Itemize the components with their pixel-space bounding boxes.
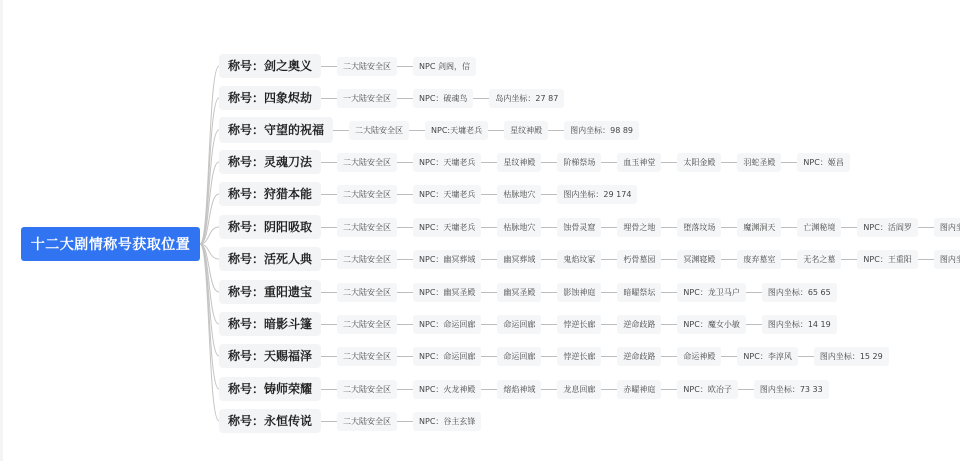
step-node[interactable]: 悖逆长廊: [557, 315, 601, 334]
connector-line: [721, 162, 737, 163]
step-node[interactable]: 二大陆安全区: [337, 380, 397, 399]
connector-line: [661, 389, 677, 390]
connector-line: [721, 227, 737, 228]
step-node[interactable]: 图内坐标：98 89: [564, 121, 639, 140]
step-node[interactable]: 埋骨之地: [617, 218, 661, 237]
connector-line: [321, 389, 337, 390]
step-node[interactable]: 二大陆安全区: [349, 121, 409, 140]
step-node[interactable]: 图内坐标：65 65: [762, 283, 837, 302]
step-node[interactable]: 二大陆安全区: [337, 185, 397, 204]
step-node[interactable]: NPC:天墉老兵: [425, 121, 488, 140]
step-node[interactable]: 赤曜神庭: [617, 380, 661, 399]
step-node[interactable]: 图内坐标：15 29: [814, 347, 889, 366]
title-node[interactable]: 称号：重阳遗宝: [219, 280, 321, 304]
connector-line: [601, 259, 617, 260]
connector-line: [473, 98, 489, 99]
connector-line: [661, 162, 677, 163]
step-node[interactable]: 二大陆安全区: [337, 412, 397, 431]
step-node[interactable]: 二大陆安全区: [337, 250, 397, 269]
connector-line: [397, 389, 413, 390]
connector-line: [781, 227, 797, 228]
connector-line: [321, 98, 337, 99]
connector-line: [541, 227, 557, 228]
step-node[interactable]: 图内坐标：31 39: [934, 250, 960, 269]
branch-row: 称号：四象烬劫一大陆安全区NPC：破魂鸟岛内坐标：27 87: [219, 86, 564, 110]
step-node[interactable]: 岛内坐标：27 87: [489, 89, 564, 108]
step-node[interactable]: 二大陆安全区: [337, 153, 397, 172]
connector-line: [481, 227, 497, 228]
branch-row: 称号：天赐福泽二大陆安全区NPC：命运回廊命运回廊悖逆长廊逆命歧路命运神殿NPC…: [219, 344, 889, 368]
step-node[interactable]: NPC：龙卫马户: [677, 283, 745, 302]
connector-line: [397, 292, 413, 293]
connector-line: [541, 162, 557, 163]
connector-line: [397, 194, 413, 195]
connector-line: [781, 162, 797, 163]
connector-line: [481, 356, 497, 357]
connector-line: [841, 259, 857, 260]
connector-line: [738, 389, 754, 390]
step-node[interactable]: 无名之墓: [797, 250, 841, 269]
step-node[interactable]: 二大陆安全区: [337, 283, 397, 302]
step-node[interactable]: 龙息回廊: [557, 380, 601, 399]
step-node[interactable]: 堕落坟场: [677, 218, 721, 237]
step-node[interactable]: NPC：命运回廊: [413, 315, 481, 334]
step-node[interactable]: 命运神殿: [677, 347, 721, 366]
title-node[interactable]: 称号：铸师荣耀: [219, 377, 321, 401]
connector-line: [321, 66, 337, 67]
step-node[interactable]: 图内坐标：29 174: [557, 185, 637, 204]
connector-line: [541, 259, 557, 260]
connector-line: [481, 162, 497, 163]
connector-line: [541, 356, 557, 357]
step-node[interactable]: 一大陆安全区: [337, 89, 397, 108]
connector-line: [661, 324, 677, 325]
step-node[interactable]: 暗曜祭坛: [617, 283, 661, 302]
connector-line: [541, 194, 557, 195]
connector-line: [321, 421, 337, 422]
connector-line: [488, 130, 504, 131]
step-node[interactable]: 二大陆安全区: [337, 347, 397, 366]
step-node[interactable]: 二大陆安全区: [337, 218, 397, 237]
step-node[interactable]: 太阳金殿: [677, 153, 721, 172]
branch-row: 称号：暗影斗篷二大陆安全区NPC：命运回廊命运回廊悖逆长廊逆命歧路NPC：魔女小…: [219, 312, 837, 336]
connector-line: [918, 227, 934, 228]
branch-row: 称号：活死人典二大陆安全区NPC：幽冥葬域幽冥葬域鬼焰坟冢朽骨墓园冥渊寝殿废弃墓…: [219, 247, 960, 271]
step-node[interactable]: 星纹神殿: [497, 153, 541, 172]
title-node[interactable]: 称号：天赐福泽: [219, 344, 321, 368]
step-node[interactable]: NPC 剑阁，信: [413, 57, 476, 76]
connector-line: [409, 130, 425, 131]
branch-row: 称号：阴阳吸取二大陆安全区NPC：天墉老兵枯脉地穴蚀骨灵窟埋骨之地堕落坟场魔渊洞…: [219, 215, 960, 239]
connector-line: [321, 259, 337, 260]
branch-row: 称号：狩猎本能二大陆安全区NPC：天墉老兵枯脉地穴图内坐标：29 174: [219, 182, 637, 206]
root-node[interactable]: 十二大剧情称号获取位置: [21, 227, 200, 261]
branch-row: 称号：铸师荣耀二大陆安全区NPC：火龙神殿熔焰神域龙息回廊赤曜神庭NPC：欧冶子…: [219, 377, 829, 401]
branch-row: 称号：永恒传说二大陆安全区NPC：谷主玄锋: [219, 409, 481, 433]
title-node[interactable]: 称号：活死人典: [219, 247, 321, 271]
branch-row: 称号：守望的祝福二大陆安全区NPC:天墉老兵星纹神殿图内坐标：98 89: [219, 117, 639, 143]
connector-line: [397, 162, 413, 163]
connector-line: [746, 324, 762, 325]
branch-row: 称号：剑之奥义二大陆安全区NPC 剑阁，信: [219, 54, 476, 78]
connector-line: [746, 292, 762, 293]
step-node[interactable]: 幽冥圣殿: [497, 283, 541, 302]
step-node[interactable]: NPC：天墉老兵: [413, 185, 481, 204]
step-node[interactable]: NPC：幽冥圣殿: [413, 283, 481, 302]
step-node[interactable]: 图内坐标：73 33: [754, 380, 829, 399]
connector-line: [321, 162, 337, 163]
connector-line: [601, 162, 617, 163]
connector-line: [397, 324, 413, 325]
step-node[interactable]: 熔焰神域: [497, 380, 541, 399]
step-node[interactable]: NPC：姬昌: [797, 153, 849, 172]
connector-line: [321, 227, 337, 228]
step-node[interactable]: 阶梯祭场: [557, 153, 601, 172]
connector-line: [781, 259, 797, 260]
branch-row: 称号：重阳遗宝二大陆安全区NPC：幽冥圣殿幽冥圣殿影蚀神庭暗曜祭坛NPC：龙卫马…: [219, 280, 837, 304]
connector-line: [333, 130, 349, 131]
connector-line: [321, 356, 337, 357]
connector-line: [661, 292, 677, 293]
step-node[interactable]: NPC：王重阳: [857, 250, 917, 269]
step-node[interactable]: 图内坐标：14 19: [762, 315, 837, 334]
connector-line: [661, 356, 677, 357]
connector-line: [841, 227, 857, 228]
step-node[interactable]: 命运回廊: [497, 315, 541, 334]
step-node[interactable]: NPC：魔女小敏: [677, 315, 745, 334]
connector-line: [481, 324, 497, 325]
step-node[interactable]: 逆命歧路: [617, 347, 661, 366]
title-node[interactable]: 称号：守望的祝福: [219, 117, 333, 143]
connector-line: [481, 194, 497, 195]
step-node[interactable]: 废弃墓室: [737, 250, 781, 269]
step-node[interactable]: NPC：火龙神殿: [413, 380, 481, 399]
step-node[interactable]: 幽冥葬域: [497, 250, 541, 269]
step-node[interactable]: 血玉神堂: [617, 153, 661, 172]
connector-line: [321, 292, 337, 293]
branch-row: 称号：灵魂刀法二大陆安全区NPC：天墉老兵星纹神殿阶梯祭场血玉神堂太阳金殿羽蛇圣…: [219, 150, 850, 174]
step-node[interactable]: 影蚀神庭: [557, 283, 601, 302]
connector-line: [601, 227, 617, 228]
connector-line: [481, 389, 497, 390]
title-node[interactable]: 称号：暗影斗篷: [219, 312, 321, 336]
step-node[interactable]: 二大陆安全区: [337, 315, 397, 334]
step-node[interactable]: NPC：天墉老兵: [413, 218, 481, 237]
step-node[interactable]: 魔渊洞天: [737, 218, 781, 237]
connector-line: [798, 356, 814, 357]
step-node[interactable]: 冥渊寝殿: [677, 250, 721, 269]
title-node[interactable]: 称号：四象烬劫: [219, 86, 321, 110]
connector-line: [481, 292, 497, 293]
connector-line: [548, 130, 564, 131]
title-node[interactable]: 称号：剑之奥义: [219, 54, 321, 78]
step-node[interactable]: NPC：活阎罗: [857, 218, 917, 237]
connector-line: [721, 259, 737, 260]
step-node[interactable]: 星纹神殿: [504, 121, 548, 140]
connector-line: [601, 324, 617, 325]
step-node[interactable]: NPC：天墉老兵: [413, 153, 481, 172]
step-node[interactable]: 逆命歧路: [617, 315, 661, 334]
connector-line: [661, 259, 677, 260]
step-node[interactable]: 图内坐标：46 103: [934, 218, 960, 237]
connector-line: [661, 227, 677, 228]
step-node[interactable]: NPC：欧冶子: [677, 380, 737, 399]
step-node[interactable]: NPC：破魂鸟: [413, 89, 473, 108]
connector-line: [601, 292, 617, 293]
connector-line: [397, 66, 413, 67]
step-node[interactable]: 命运回廊: [497, 347, 541, 366]
connector-line: [541, 389, 557, 390]
step-node[interactable]: 蚀骨灵窟: [557, 218, 601, 237]
step-node[interactable]: NPC：命运回廊: [413, 347, 481, 366]
connector-line: [601, 356, 617, 357]
title-node[interactable]: 称号：阴阳吸取: [219, 215, 321, 239]
step-node[interactable]: 亡渊秘境: [797, 218, 841, 237]
connector-line: [541, 324, 557, 325]
step-node[interactable]: 朽骨墓园: [617, 250, 661, 269]
step-node[interactable]: NPC：谷主玄锋: [413, 412, 481, 431]
title-node[interactable]: 称号：狩猎本能: [219, 182, 321, 206]
step-node[interactable]: NPC：李淳风: [737, 347, 797, 366]
connector-line: [918, 259, 934, 260]
step-node[interactable]: 枯脉地穴: [497, 218, 541, 237]
step-node[interactable]: 二大陆安全区: [337, 57, 397, 76]
connector-line: [721, 356, 737, 357]
connector-line: [397, 356, 413, 357]
connector-line: [321, 194, 337, 195]
step-node[interactable]: 悖逆长廊: [557, 347, 601, 366]
connector-line: [481, 259, 497, 260]
connector-line: [397, 98, 413, 99]
step-node[interactable]: 鬼焰坟冢: [557, 250, 601, 269]
connector-line: [321, 324, 337, 325]
connector-line: [541, 292, 557, 293]
connector-line: [397, 227, 413, 228]
connector-line: [397, 259, 413, 260]
title-node[interactable]: 称号：灵魂刀法: [219, 150, 321, 174]
step-node[interactable]: 羽蛇圣殿: [737, 153, 781, 172]
title-node[interactable]: 称号：永恒传说: [219, 409, 321, 433]
connector-line: [397, 421, 413, 422]
connector-line: [601, 389, 617, 390]
step-node[interactable]: NPC：幽冥葬域: [413, 250, 481, 269]
step-node[interactable]: 枯脉地穴: [497, 185, 541, 204]
